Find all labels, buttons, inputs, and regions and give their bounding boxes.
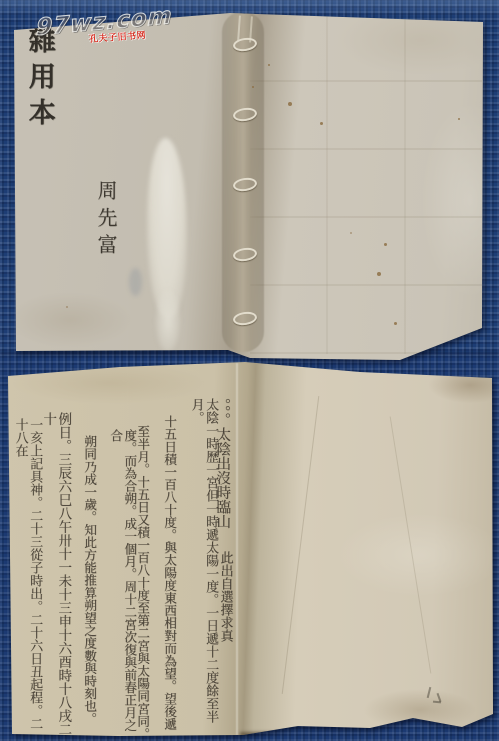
fox-spot [384, 243, 387, 246]
photo-closed-book: 雜用本 周先富 [0, 0, 499, 372]
text-column-7: 例日。三辰六巳八午卅十一未十三申十六酉時十八戌二十 [40, 412, 70, 741]
torn-bottom-edge [240, 732, 480, 739]
cover-title-label: 雜用本 [24, 26, 54, 134]
source-note-column: 此出自選擇求真 [217, 551, 232, 642]
torn-label-stain-tail [156, 290, 180, 352]
page-stain-texture [0, 355, 499, 741]
fox-spot [320, 122, 323, 125]
back-cover-creases [250, 14, 482, 354]
photo-open-book: 。。。太陰出沒時臨山 此出自選擇求真 太陰一時歷一宮但一時遞太陽一度。一日遞十二… [0, 355, 499, 741]
text-column-4: 至半月。十五日又積一百八十度至第二宮與太陽同宮同。 [135, 425, 149, 740]
faint-ink-smudge [129, 268, 142, 296]
text-column-8: 一亥上記具神。二十三從子時出。二十六日丑起程。二十八在 [12, 418, 41, 741]
open-book-pages: 。。。太陰出沒時臨山 此出自選擇求真 太陰一時歷一宮但一時遞太陽一度。一日遞十二… [0, 355, 499, 741]
text-column-3: 十五日積一百八十度。與太陽度東西相對而為望。望後遞 [162, 415, 176, 730]
fox-spot [66, 306, 68, 308]
fox-spot [394, 322, 397, 325]
text-column-5: 度。而為合朔。成一個月。周十二宮次復與前春正月之合 [108, 429, 136, 741]
owner-name: 周先富 [95, 180, 117, 261]
fox-spot [288, 102, 292, 106]
fox-spot [458, 118, 460, 120]
fox-spot [350, 232, 352, 234]
fox-spot [377, 272, 381, 276]
text-column-2: 太陰一時歷一宮但一時遞太陽一度。一日遞十二度餘至半月。 [188, 398, 217, 741]
fox-spot [268, 64, 270, 66]
gutter-fold [236, 363, 238, 735]
fox-spot [252, 86, 254, 88]
text-column-6: 朔同乃成一歲。知此方能推算朔望之度數與時刻也。 [82, 435, 96, 725]
book-cover-spread: 雜用本 周先富 [0, 0, 499, 372]
